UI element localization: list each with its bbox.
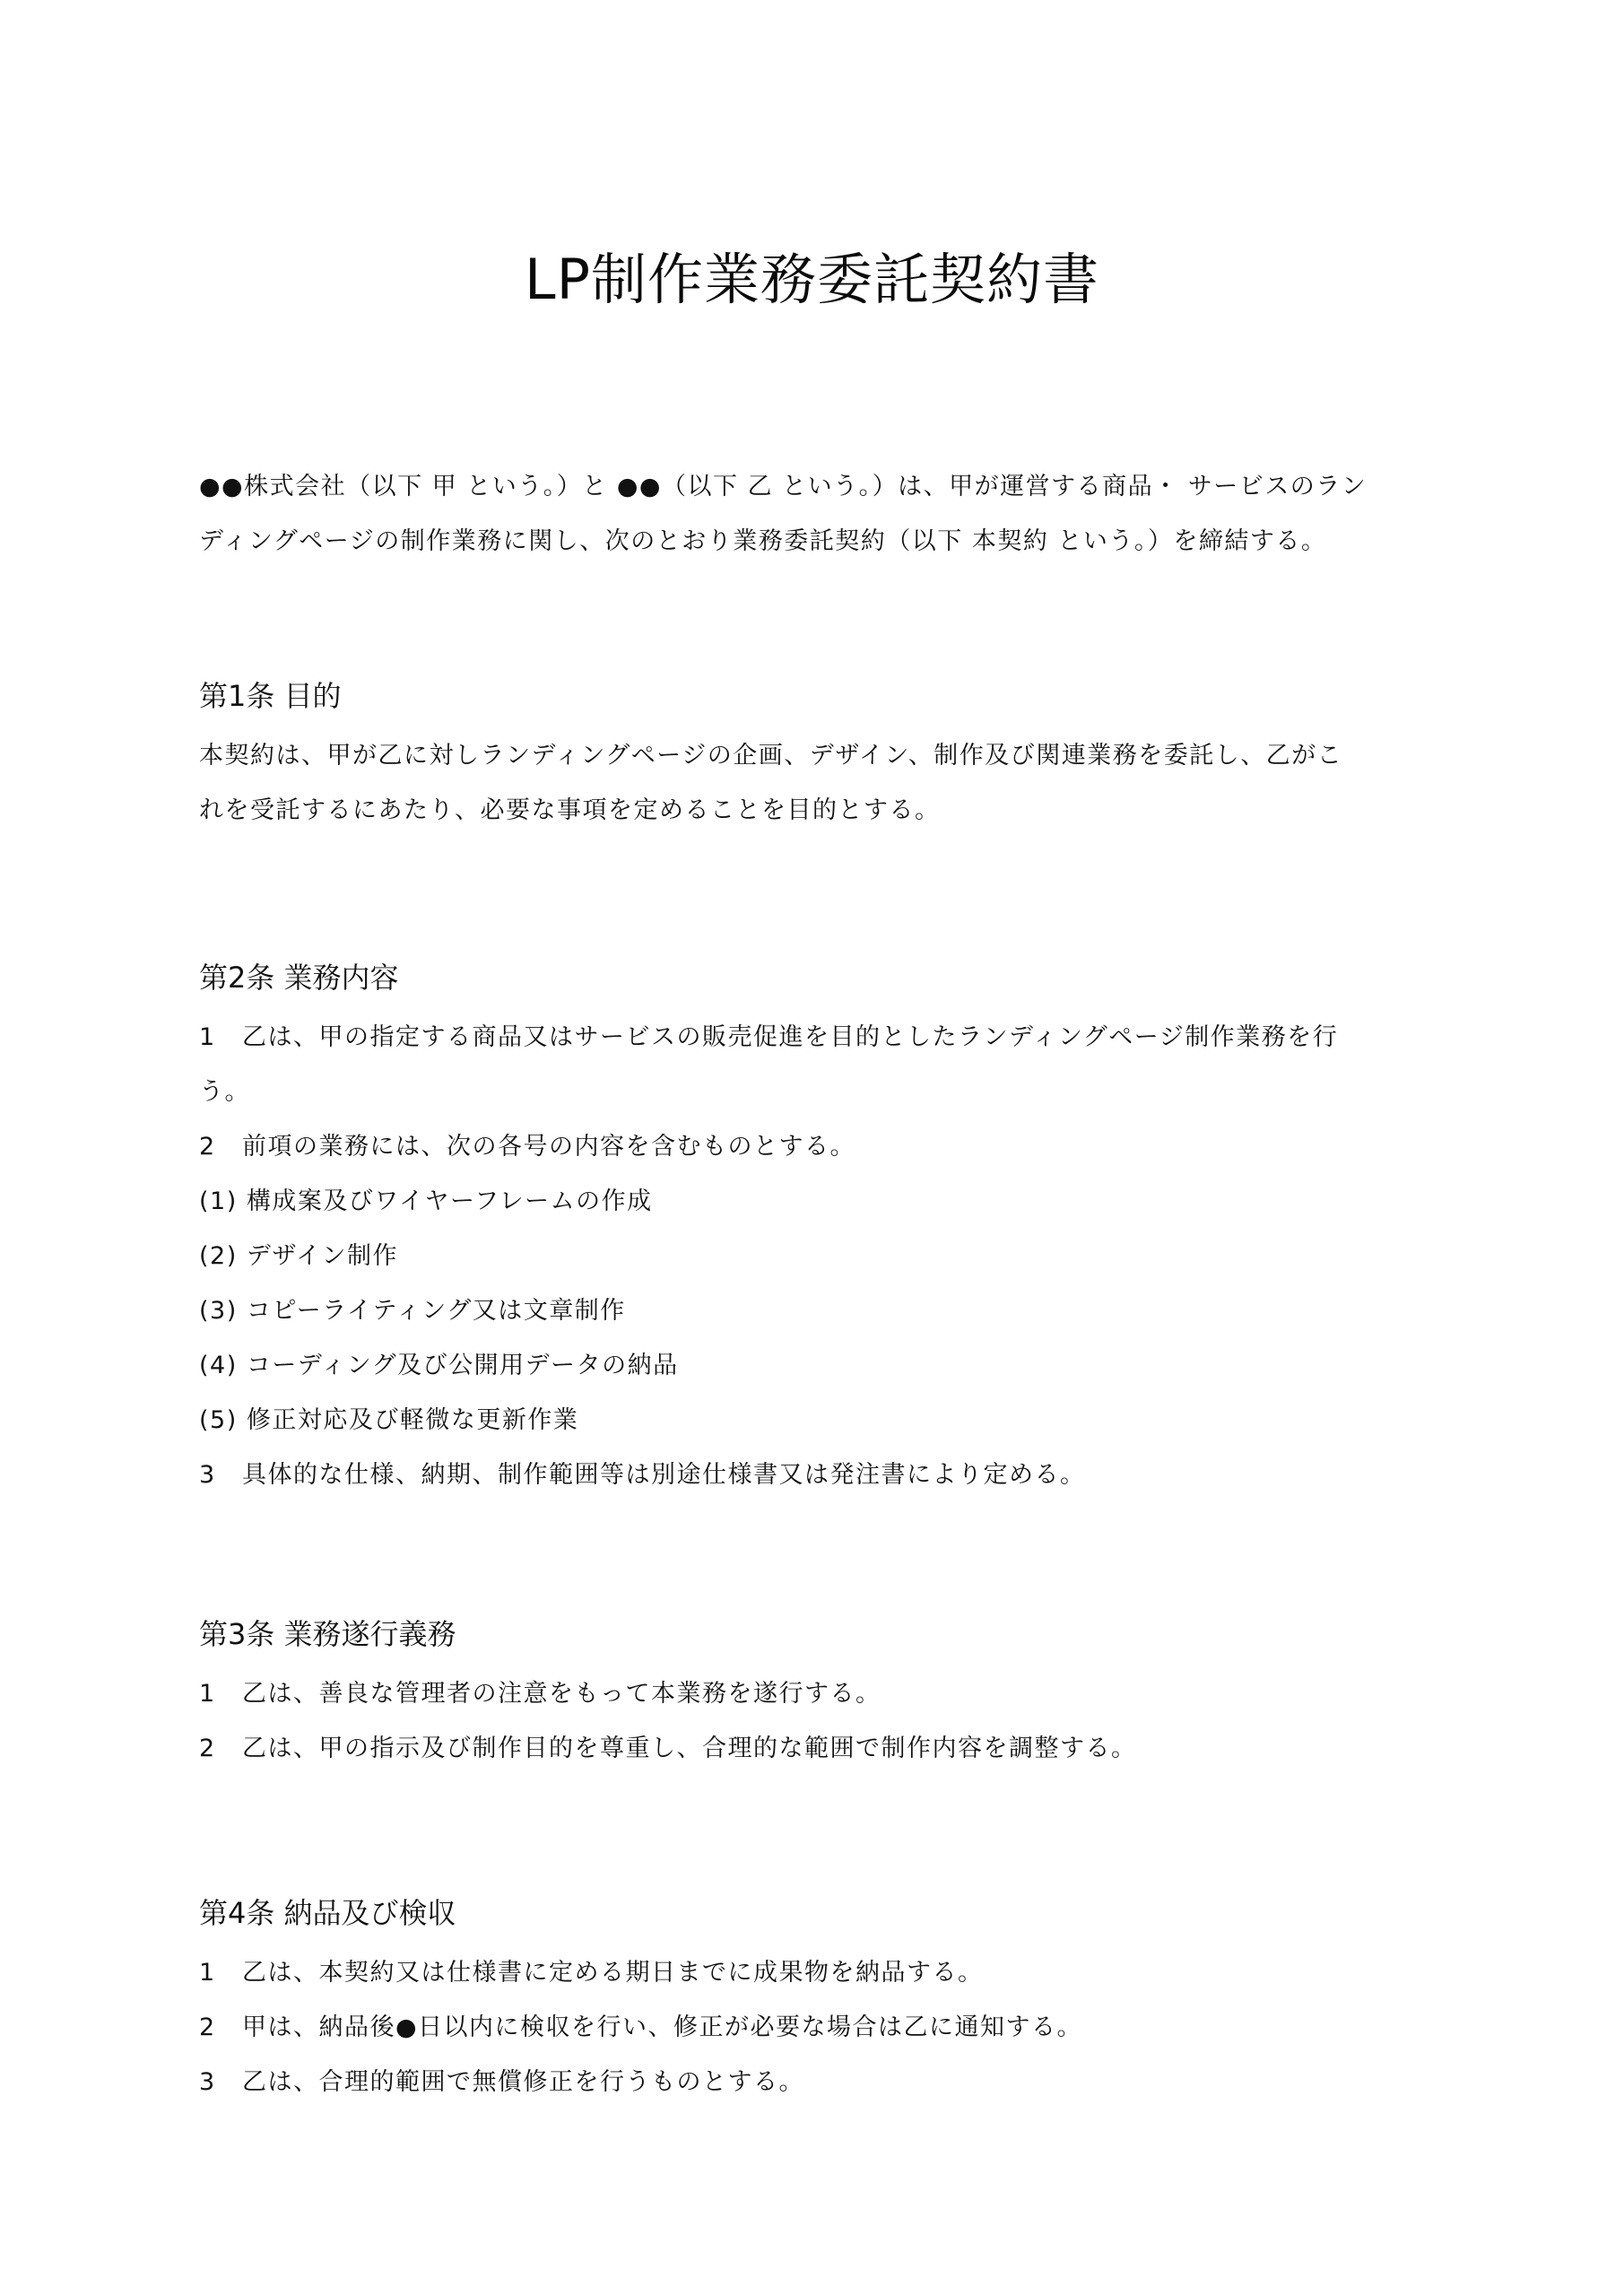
clause-text: 甲は、納品後●日以内に検収を行い、修正が必要な場合は乙に通知する。 [242, 2013, 1082, 2041]
clause-line: 3乙は、合理的範囲で無償修正を行うものとする。 [199, 2055, 1437, 2109]
article-2: 第2条 業務内容 1乙は、甲の指定する商品又はサービスの販売促進を目的としたラン… [199, 951, 1437, 1502]
clause-text: 前項の業務には、次の各号の内容を含むものとする。 [242, 1133, 855, 1161]
article-1: 第1条 目的 本契約は、甲が乙に対しランディングページの企画、デザイン、制作及び… [199, 669, 1437, 838]
list-item: (2) デザイン制作 [199, 1229, 1437, 1283]
clause-number: 2 [199, 2000, 242, 2055]
clause-number: 1 [199, 1945, 242, 2000]
clause-line: 2甲は、納品後●日以内に検収を行い、修正が必要な場合は乙に通知する。 [199, 2000, 1437, 2055]
clause-text: 乙は、本契約又は仕様書に定める期日までに成果物を納品する。 [242, 1959, 984, 1987]
clause-line: う。 [199, 1065, 1437, 1119]
article-text-line: 本契約は、甲が乙に対しランディングページの企画、デザイン、制作及び関連業務を委託… [199, 728, 1437, 783]
clause-number: 2 [199, 1119, 242, 1174]
document-page: LP制作業務委託契約書 ●●株式会社（以下 甲 という。）と ●●（以下 乙 と… [0, 0, 1624, 2296]
clause-number: 1 [199, 1010, 242, 1065]
clause-line: 2乙は、甲の指示及び制作目的を尊重し、合理的な範囲で制作内容を調整する。 [199, 1721, 1437, 1776]
list-item: (5) 修正対応及び軽微な更新作業 [199, 1393, 1437, 1448]
article-heading: 第3条 業務遂行義務 [199, 1607, 1437, 1661]
article-heading: 第2条 業務内容 [199, 951, 1437, 1004]
clause-line: 2前項の業務には、次の各号の内容を含むものとする。 [199, 1119, 1437, 1174]
list-item: (4) コーディング及び公開用データの納品 [199, 1338, 1437, 1393]
preamble-line: ●●株式会社（以下 甲 という。）と ●●（以下 乙 という。）は、甲が運営する… [199, 459, 1437, 514]
clause-text: 具体的な仕様、納期、制作範囲等は別途仕様書又は発注書により定める。 [242, 1461, 1086, 1489]
article-heading: 第4条 納品及び検収 [199, 1886, 1437, 1940]
list-item: (3) コピーライティング又は文章制作 [199, 1283, 1437, 1338]
clause-number: 2 [199, 1721, 242, 1776]
clause-line: 1乙は、善良な管理者の注意をもって本業務を遂行する。 [199, 1666, 1437, 1721]
clause-number: 3 [199, 1448, 242, 1502]
clause-text: う。 [199, 1078, 250, 1106]
preamble: ●●株式会社（以下 甲 という。）と ●●（以下 乙 という。）は、甲が運営する… [199, 459, 1437, 569]
clause-text: 乙は、合理的範囲で無償修正を行うものとする。 [242, 2068, 804, 2096]
clause-text: 乙は、甲の指示及び制作目的を尊重し、合理的な範囲で制作内容を調整する。 [242, 1735, 1137, 1762]
clause-number: 1 [199, 1666, 242, 1721]
clause-text: 乙は、甲の指定する商品又はサービスの販売促進を目的としたランディングページ制作業… [242, 1023, 1338, 1051]
list-item: (1) 構成案及びワイヤーフレームの作成 [199, 1174, 1437, 1229]
preamble-line: ディングページの制作業務に関し、次のとおり業務委託契約（以下 本契約 という。）… [199, 514, 1437, 569]
clause-line: 1乙は、本契約又は仕様書に定める期日までに成果物を納品する。 [199, 1945, 1437, 2000]
article-heading: 第1条 目的 [199, 669, 1437, 723]
clause-number: 3 [199, 2055, 242, 2109]
clause-line: 1乙は、甲の指定する商品又はサービスの販売促進を目的としたランディングページ制作… [199, 1010, 1437, 1065]
article-3: 第3条 業務遂行義務 1乙は、善良な管理者の注意をもって本業務を遂行する。 2乙… [199, 1607, 1437, 1776]
clause-text: 乙は、善良な管理者の注意をもって本業務を遂行する。 [242, 1680, 881, 1708]
article-4: 第4条 納品及び検収 1乙は、本契約又は仕様書に定める期日までに成果物を納品する… [199, 1886, 1437, 2109]
article-text-line: れを受託するにあたり、必要な事項を定めることを目的とする。 [199, 783, 1437, 838]
document-title: LP制作業務委託契約書 [0, 244, 1624, 316]
clause-line: 3具体的な仕様、納期、制作範囲等は別途仕様書又は発注書により定める。 [199, 1448, 1437, 1502]
